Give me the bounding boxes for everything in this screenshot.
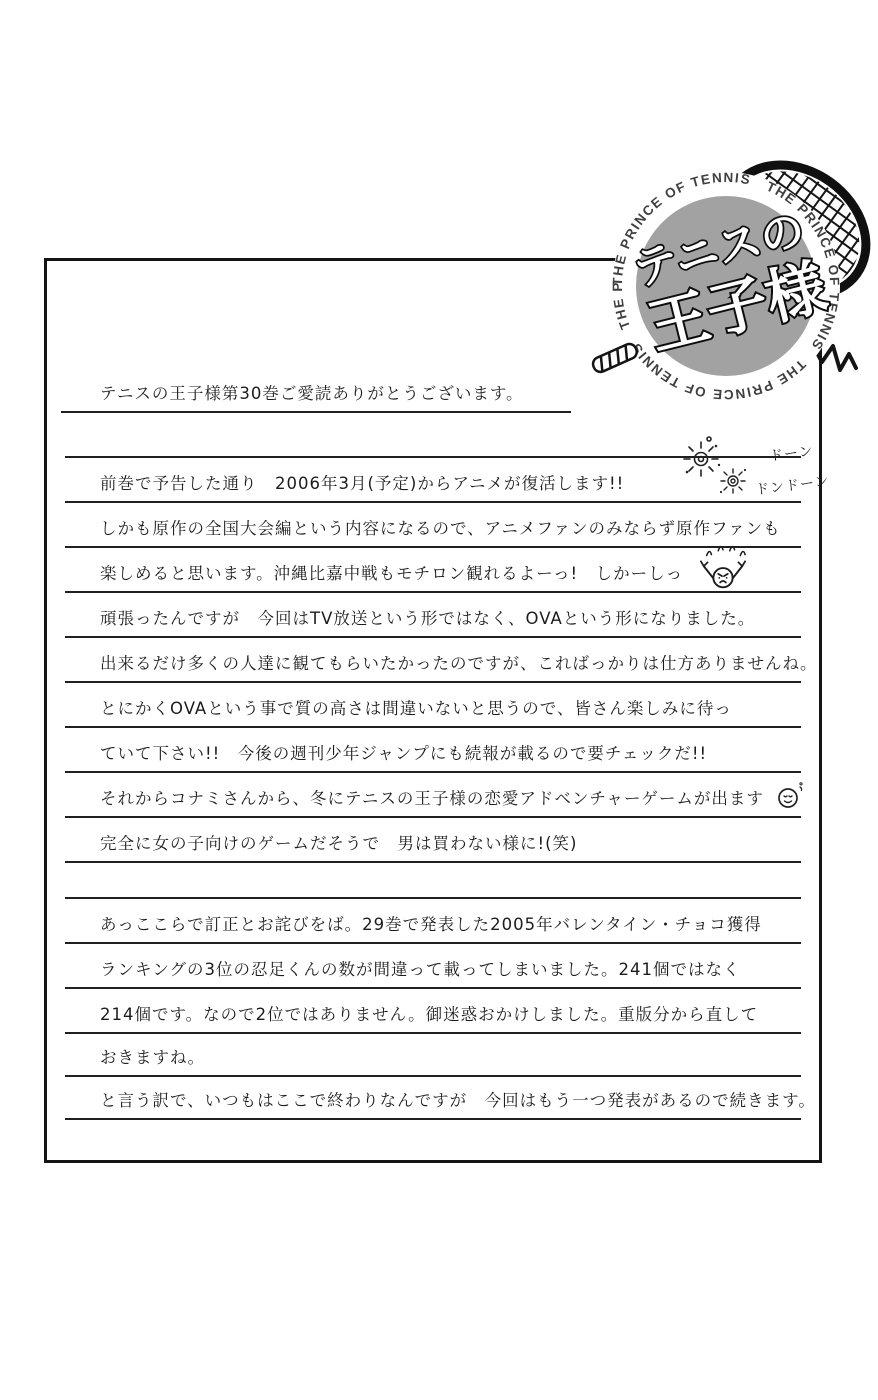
letter-line-text: ていて下さい!! 今後の週刊少年ジャンプにも続報が載るので要チェックだ!! xyxy=(47,740,707,771)
sfx-text-boom2: ドンドーン xyxy=(754,471,831,500)
letter-line-text: ランキングの3位の忍足くんの数が間違って載ってしまいました。241個ではなく xyxy=(47,956,741,987)
letter-line-text: テニスの王子様第30巻ご愛読ありがとうございます。 xyxy=(47,380,524,411)
angry-cheering-figure-icon xyxy=(693,545,753,595)
letter-line: と言う訳で、いつもはここで終わりなんですが 今回はもう一つ発表があるので続きます… xyxy=(47,1075,819,1118)
letter-line: おきますね。 xyxy=(47,1032,819,1075)
letter-line: ていて下さい!! 今後の週刊少年ジャンプにも続報が載るので要チェックだ!! xyxy=(47,726,819,771)
letter-line: とにかくOVAという事で質の高さは間違いないと思うので、皆さん楽しみに待っ xyxy=(47,681,819,726)
letter-line: 頑張ったんですが 今回はTV放送という形ではなく、OVAという形になりました。 xyxy=(47,591,819,636)
letter-line-text: しかも原作の全国大会編という内容になるので、アニメファンのみならず原作ファンも xyxy=(47,515,781,546)
letter-line: それからコナミさんから、冬にテニスの王子様の恋愛アドベンチャーゲームが出ます xyxy=(47,771,819,816)
sunburst-icon xyxy=(717,465,749,497)
letter-line-text: おきますね。 xyxy=(47,1044,205,1075)
letter-line-text xyxy=(47,890,100,897)
letter-line-text: 頑張ったんですが 今回はTV放送という形ではなく、OVAという形になりました。 xyxy=(47,605,755,636)
letter-line-text: 前巻で予告した通り 2006年3月(予定)からアニメが復活します!! xyxy=(47,470,624,501)
sfx-text-boom: ドーン xyxy=(768,440,815,465)
letter-line-text: とにかくOVAという事で質の高さは間違いないと思うので、皆さん楽しみに待っ xyxy=(47,695,732,726)
manga-afterword-page: テニスの王子様第30巻ご愛読ありがとうございます。 前巻で予告した通り 2006… xyxy=(0,0,878,1400)
letter-line: 前巻で予告した通り 2006年3月(予定)からアニメが復活します!! xyxy=(47,456,819,501)
letter-line-text xyxy=(47,449,100,456)
letter-line-text: 楽しめると思います。沖縄比嘉中戦もモチロン観れるよーっ! しかーしっ xyxy=(47,560,683,591)
letter-line-text: 出来るだけ多くの人達に観てもらいたかったのですが、こればっかりは仕方ありませんね… xyxy=(47,650,818,681)
letter-line-text: と言う訳で、いつもはここで終わりなんですが 今回はもう一つ発表があるので続きます… xyxy=(47,1087,816,1118)
smiley-face-icon xyxy=(776,782,804,810)
racket-grip-icon xyxy=(591,342,639,374)
letter-line: ランキングの3位の忍足くんの数が間違って載ってしまいました。241個ではなく xyxy=(47,942,819,987)
letter-line-text: 完全に女の子向けのゲームだそうで 男は買わない様に!(笑) xyxy=(47,830,578,861)
letter-line-text: あっここらで訂正とお詫びをば。29巻で発表した2005年バレンタイン・チョコ獲得 xyxy=(47,911,762,942)
explosion-doodle-cluster: ドーン ドンドーン xyxy=(673,435,859,505)
letter-line: 完全に女の子向けのゲームだそうで 男は買わない様に!(笑) xyxy=(47,816,819,861)
prince-of-tennis-logo: THE PRINCE OF TENNIS THE PRINCE OF TENNI… xyxy=(586,158,878,402)
letter-line-blank xyxy=(47,861,819,897)
letter-line: あっここらで訂正とお詫びをば。29巻で発表した2005年バレンタイン・チョコ獲得 xyxy=(47,897,819,942)
letter-line: 出来るだけ多くの人達に観てもらいたかったのですが、こればっかりは仕方ありませんね… xyxy=(47,636,819,681)
letter-line: しかも原作の全国大会編という内容になるので、アニメファンのみならず原作ファンも xyxy=(47,501,819,546)
letter-line-text: 214個です。なので2位ではありません。御迷惑おかけしました。重版分から直して xyxy=(47,1001,758,1032)
letter-line: 214個です。なので2位ではありません。御迷惑おかけしました。重版分から直して xyxy=(47,987,819,1032)
letter-line-text: それからコナミさんから、冬にテニスの王子様の恋愛アドベンチャーゲームが出ます xyxy=(47,785,764,816)
letter-line: 楽しめると思います。沖縄比嘉中戦もモチロン観れるよーっ! しかーしっ xyxy=(47,546,819,591)
